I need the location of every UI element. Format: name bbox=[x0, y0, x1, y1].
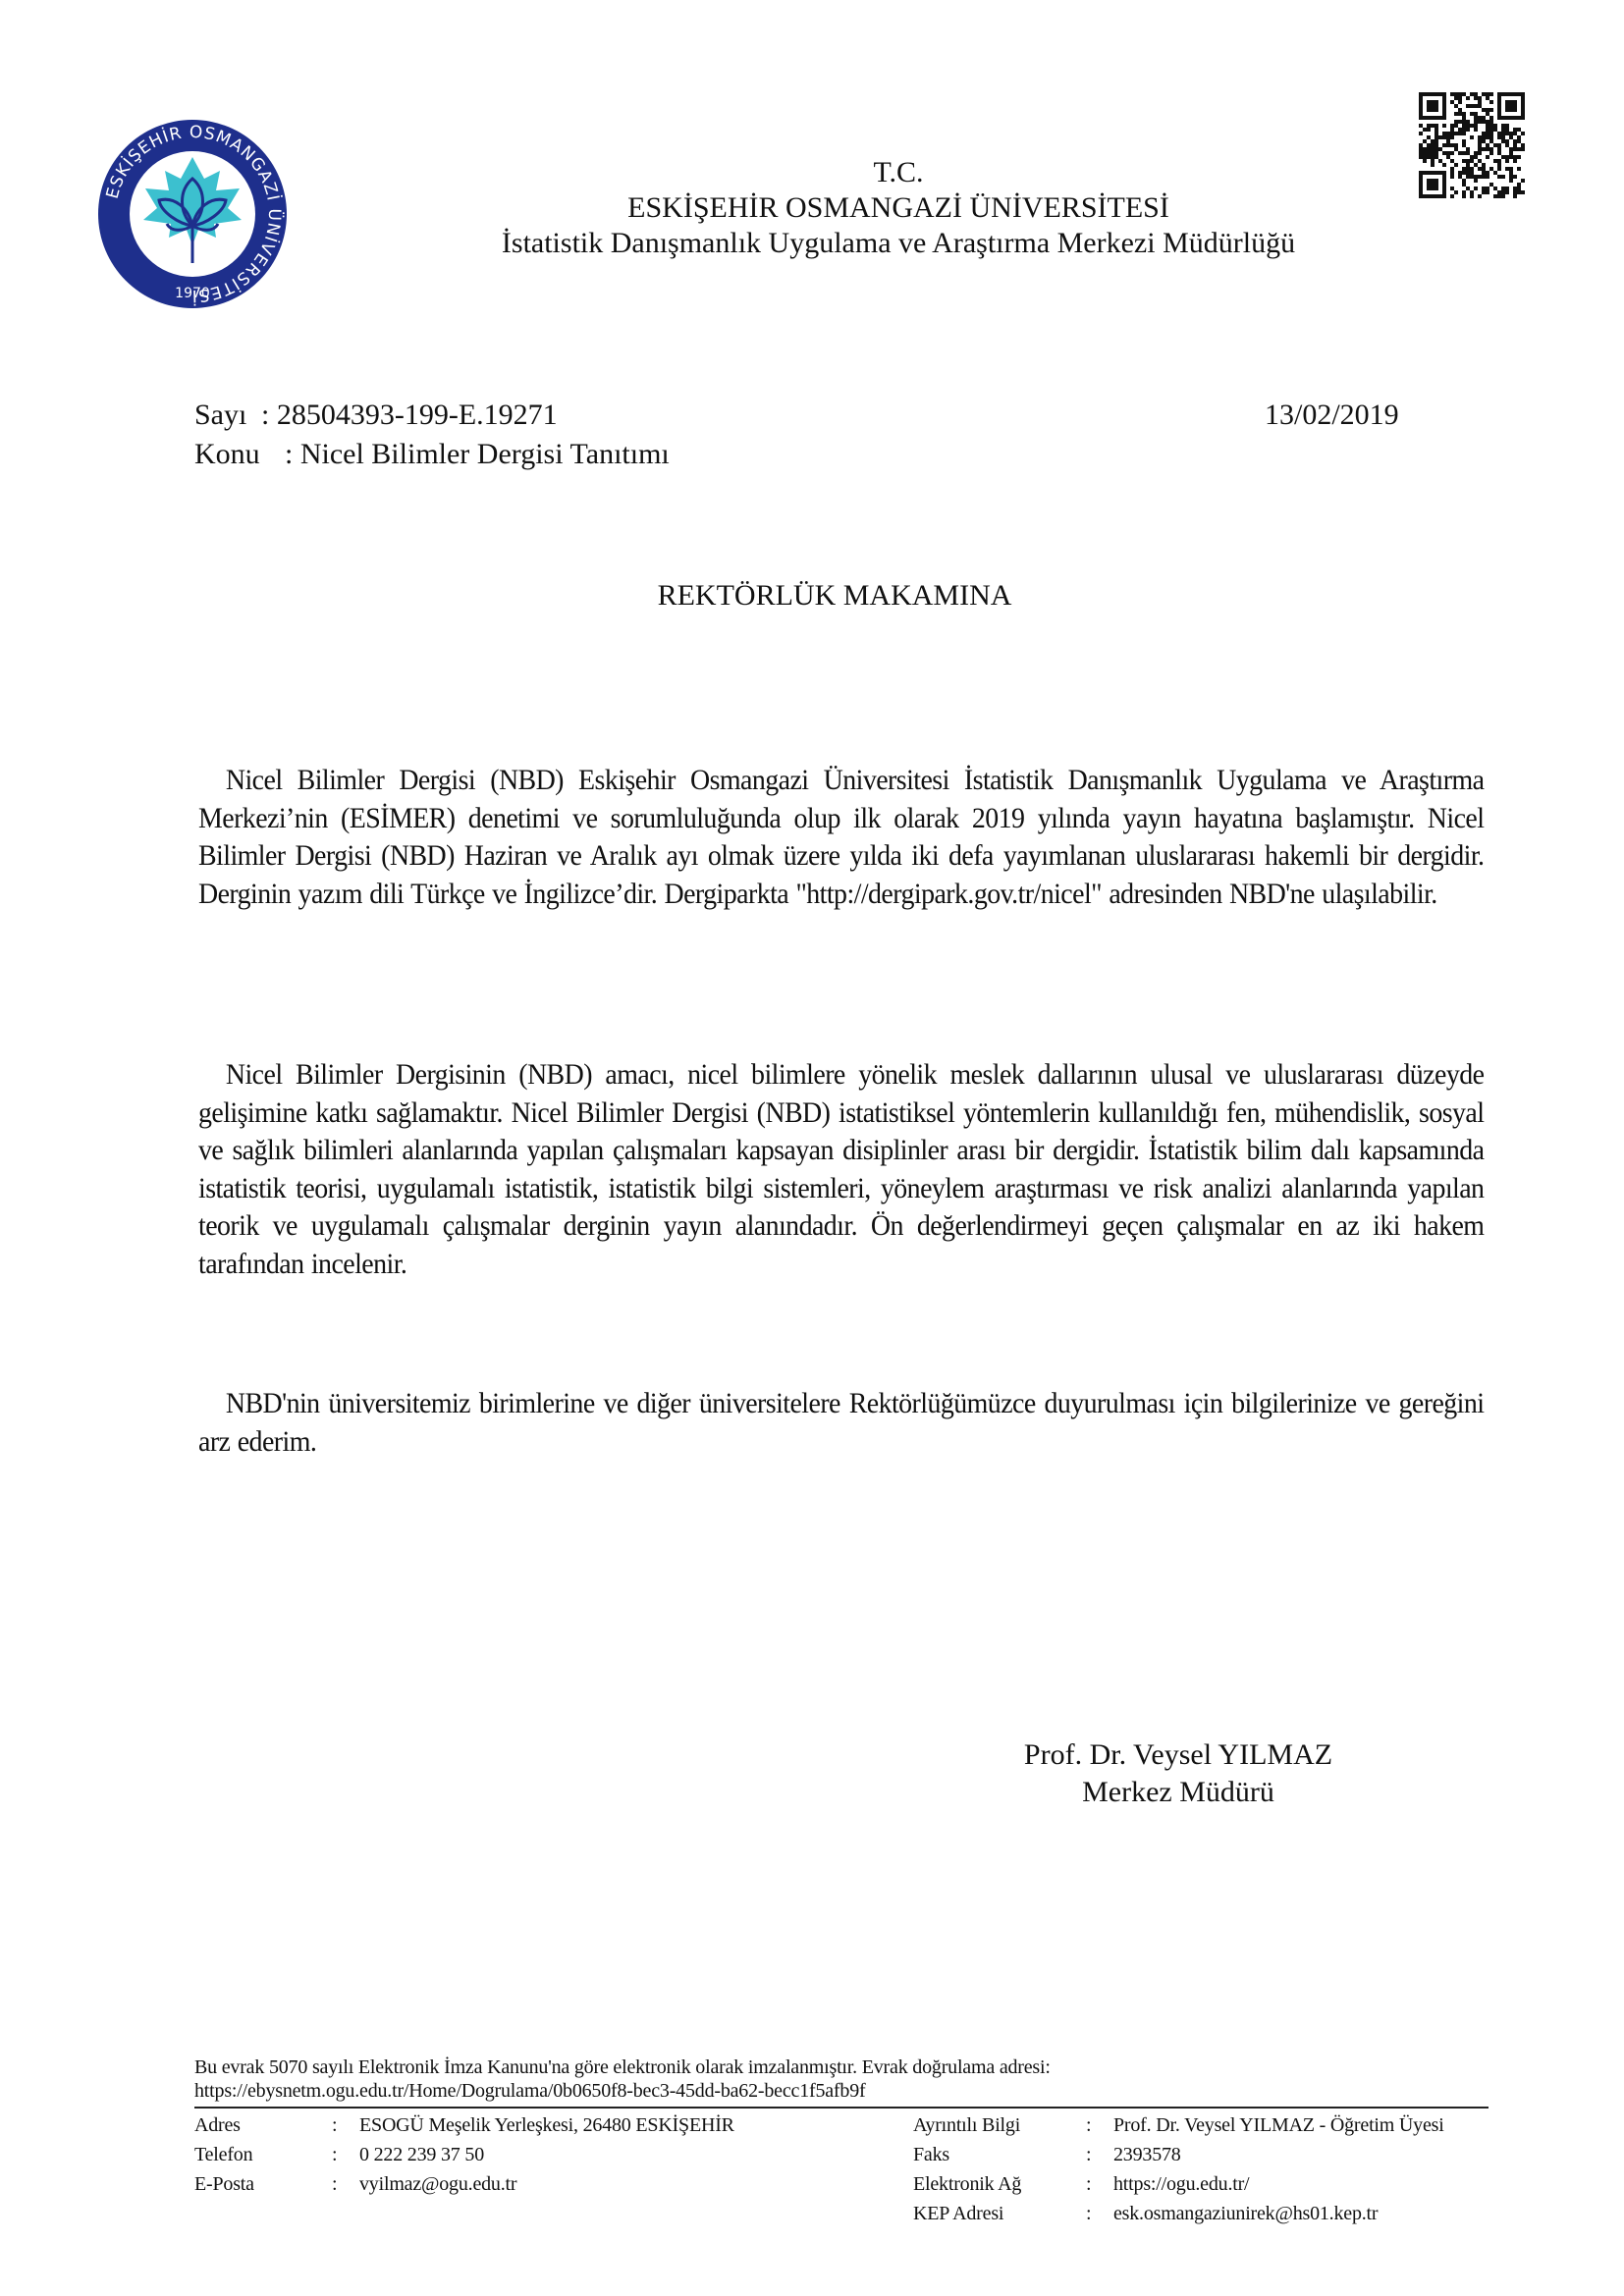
signatory-name: Prof. Dr. Veysel YILMAZ bbox=[923, 1737, 1434, 1773]
header-university: ESKİŞEHİR OSMANGAZİ ÜNİVERSİTESİ bbox=[0, 192, 1624, 224]
document-date: 13/02/2019 bbox=[1265, 399, 1399, 432]
body-paragraph: Nicel Bilimler Dergisinin (NBD) amacı, n… bbox=[198, 1056, 1484, 1284]
body-paragraph: Nicel Bilimler Dergisi (NBD) Eskişehir O… bbox=[198, 762, 1484, 913]
email-link[interactable]: vyilmaz@ogu.edu.tr bbox=[359, 2172, 516, 2196]
footer-divider bbox=[194, 2107, 1489, 2109]
website-link[interactable]: https://ogu.edu.tr/ bbox=[1113, 2172, 1249, 2196]
sayi-value: : 28504393-199-E.19271 bbox=[261, 399, 558, 431]
document-number: Sayı: 28504393-199-E.19271 bbox=[194, 399, 558, 432]
sayi-label: Sayı bbox=[194, 399, 261, 432]
esignature-note: Bu evrak 5070 sayılı Elektronik İmza Kan… bbox=[194, 2056, 1569, 2103]
verification-link[interactable]: https://ebysnetm.ogu.edu.tr/Home/Dogrula… bbox=[194, 2079, 1569, 2103]
esignature-note-text: Bu evrak 5070 sayılı Elektronik İmza Kan… bbox=[194, 2056, 1569, 2079]
signatory-title: Merkez Müdürü bbox=[923, 1775, 1434, 1810]
kep-address-link[interactable]: esk.osmangaziunirek@hs01.kep.tr bbox=[1113, 2202, 1378, 2225]
svg-text:1970: 1970 bbox=[175, 286, 210, 301]
addressee: REKTÖRLÜK MAKAMINA bbox=[0, 579, 1624, 613]
header-unit: İstatistik Danışmanlık Uygulama ve Araşt… bbox=[0, 228, 1624, 259]
body-paragraph: NBD'nin üniversitemiz birimlerine ve diğ… bbox=[198, 1385, 1484, 1461]
header-state: T.C. bbox=[0, 157, 1624, 188]
konu-value: : Nicel Bilimler Dergisi Tanıtımı bbox=[285, 438, 670, 470]
konu-label: Konu bbox=[194, 438, 285, 471]
document-subject: Konu: Nicel Bilimler Dergisi Tanıtımı bbox=[194, 438, 670, 471]
